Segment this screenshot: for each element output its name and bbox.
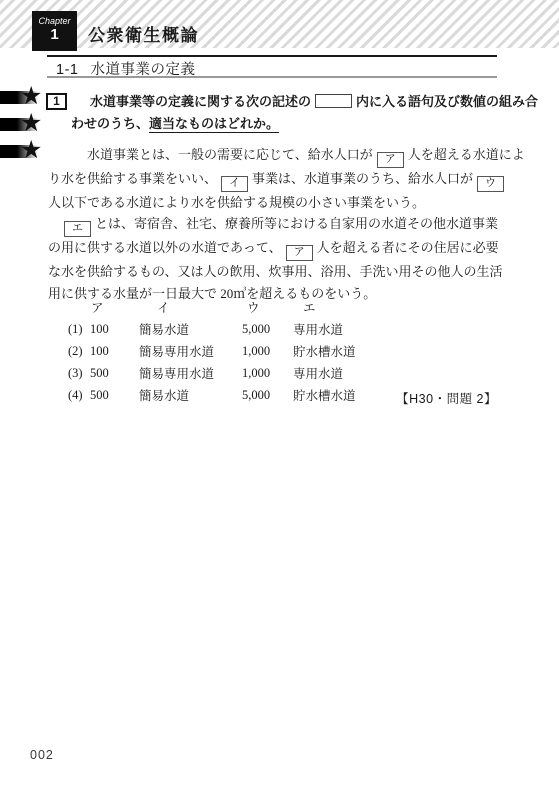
stem-text: わせのうち、 (71, 116, 149, 131)
body-line: り水を供給する事業をいい、イ事業は、水道事業のうち、給水人口がウ (48, 168, 518, 192)
page-number: 002 (30, 748, 54, 762)
stem-line: 水道事業等の定義に関する次の記述の内に入る語句及び数値の組み合 (71, 91, 521, 113)
section-rule-top (47, 55, 497, 57)
body-line: な水を供給するもの、又は人の飲用、炊事用、浴用、手洗い用その他人の生活 (48, 261, 518, 282)
section-rule-bottom (47, 76, 497, 78)
blank-box-e: エ (64, 221, 91, 237)
column-header-e: エ (293, 298, 413, 316)
blank-box-u: ウ (477, 176, 504, 192)
choice-number: (1) (68, 322, 90, 337)
difficulty-row: ★ (0, 139, 52, 165)
body-text: な水を供給するもの、又は人の飲用、炊事用、浴用、手洗い用その他人の生活 (48, 264, 502, 279)
body-text: 水道事業とは、一般の需要に応じて、給水人口が (87, 147, 373, 162)
chapter-title: 公衆衛生概論 (88, 21, 199, 46)
blank-box-i: イ (221, 176, 248, 192)
body-line: 人以下である水道により水を供給する規模の小さい事業をいう。 (48, 192, 518, 213)
body-text: 人を超える水道によ (408, 147, 525, 162)
column-header-i: イ (139, 298, 242, 316)
chapter-banner (0, 0, 559, 48)
stem-text: 内に入る語句及び数値の組み合 (356, 94, 538, 109)
choice-value-i: 簡易水道 (139, 320, 242, 338)
choice-number: (2) (68, 344, 90, 359)
body-line: の用に供する水道以外の水道であって、ア人を超える者にその住居に必要 (48, 237, 518, 261)
body-text: 人を超える者にその住居に必要 (317, 240, 499, 255)
question-number-box: 1 (46, 93, 67, 110)
body-text: り水を供給する事業をいい、 (48, 171, 217, 186)
star-icon: ★ (20, 83, 42, 109)
body-line: エとは、寄宿舎、社宅、療養所等における自家用の水道その他水道事業 (48, 213, 518, 237)
blank-box-a: ア (286, 245, 313, 261)
star-icon: ★ (20, 110, 42, 136)
stem-text-underlined: 適当なものはどれか。 (149, 116, 279, 133)
body-line: 水道事業とは、一般の需要に応じて、給水人口がア人を超える水道によ (48, 144, 518, 168)
star-icon: ★ (20, 137, 42, 163)
chapter-box: Chapter 1 (32, 11, 77, 51)
choice-value-u: 1,000 (242, 344, 293, 359)
choices-header-row: ア イ ウ エ (68, 296, 413, 318)
column-header-a: ア (90, 298, 139, 316)
choice-row-3: (3) 500 簡易専用水道 1,000 専用水道 (68, 362, 413, 384)
body-text: 人以下である水道により水を供給する規模の小さい事業をいう。 (48, 195, 425, 210)
body-text: とは、寄宿舎、社宅、療養所等における自家用の水道その他水道事業 (95, 216, 498, 231)
choice-row-1: (1) 100 簡易水道 5,000 専用水道 (68, 318, 413, 340)
body-text: 事業は、水道事業のうち、給水人口が (252, 171, 473, 186)
stem-line: わせのうち、適当なものはどれか。 (71, 113, 521, 135)
column-header-u: ウ (242, 298, 293, 316)
choice-value-u: 1,000 (242, 366, 293, 381)
choice-row-2: (2) 100 簡易専用水道 1,000 貯水槽水道 (68, 340, 413, 362)
choice-value-a: 100 (90, 322, 139, 337)
textbook-page: Chapter 1 公衆衛生概論 1-1水道事業の定義 ★ ★ ★ 1 水道事業… (0, 0, 559, 793)
chapter-label: Chapter (32, 11, 77, 26)
choice-value-e: 専用水道 (293, 320, 413, 338)
choice-number: (3) (68, 366, 90, 381)
choice-value-a: 500 (90, 366, 139, 381)
exam-source-tag: 【H30・問題 2】 (47, 389, 497, 407)
question-body: 水道事業とは、一般の需要に応じて、給水人口がア人を超える水道によ り水を供給する… (48, 144, 518, 304)
choice-value-a: 100 (90, 344, 139, 359)
question-stem: 水道事業等の定義に関する次の記述の内に入る語句及び数値の組み合 わせのうち、適当… (71, 91, 521, 134)
body-text: の用に供する水道以外の水道であって、 (48, 240, 282, 255)
choice-value-u: 5,000 (242, 322, 293, 337)
blank-box-a: ア (377, 152, 404, 168)
choice-value-e: 貯水槽水道 (293, 342, 413, 360)
answer-blank-box (315, 94, 352, 108)
stem-text: 水道事業等の定義に関する次の記述の (90, 94, 311, 109)
choice-value-i: 簡易専用水道 (139, 364, 242, 382)
choice-value-e: 専用水道 (293, 364, 413, 382)
choice-value-i: 簡易専用水道 (139, 342, 242, 360)
chapter-number: 1 (32, 26, 77, 43)
